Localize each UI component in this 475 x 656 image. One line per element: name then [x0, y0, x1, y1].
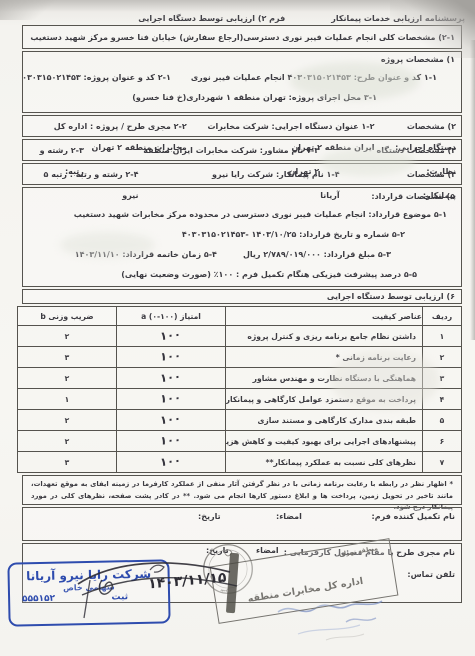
handwritten-score: ۱۰۰: [160, 329, 182, 343]
weight-cell: ۲: [18, 326, 117, 347]
evaluation-title-section: ۶) ارزیابی توسط دستگاه اجرایی: [22, 289, 462, 304]
scan-edge-right: [470, 40, 475, 340]
row-number-cell: ۲: [423, 347, 462, 368]
col-header-weight: ضریب وزنی b: [18, 307, 117, 326]
contractor-grade: ۲-۴ رشته و رتبه : رتبه ۵ نیرو: [28, 164, 138, 206]
row-number-cell: ۶: [423, 431, 462, 452]
scan-corner-top-right: [390, 0, 475, 58]
executor-signature-label: امضاء: [256, 546, 279, 555]
project-code: ۲-۱ کد و عنوان پروژه: ۴۰۳۰۳۱۵۰۲۱۴۵۳: [23, 68, 171, 88]
score-cell: ۱۰۰: [117, 368, 226, 389]
evaluation-table: ردیف عناصر کیفیت امتیاز a (۰-۱۰۰) ضریب و…: [17, 306, 462, 473]
col-header-score: امتیاز a (۰-۱۰۰): [117, 307, 226, 326]
quality-cell: داشتن نظام جامع برنامه ریزی و کنترل پروژ…: [226, 326, 423, 347]
weight-cell: ۲: [18, 431, 117, 452]
score-cell: ۱۰۰: [117, 431, 226, 452]
score-cell: ۱۰۰: [117, 410, 226, 431]
score-cell: ۱۰۰: [117, 452, 226, 473]
form-title: فرم ۲) ارزیابی توسط دستگاه اجرایی: [138, 14, 285, 23]
evaluation-title: ۶) ارزیابی توسط دستگاه اجرایی: [23, 290, 461, 304]
quality-cell: رعایت برنامه زمانی *: [226, 347, 423, 368]
contract-amount-line: ۵-۳ مبلغ قرارداد: ۲/۷۸۹/۰۱۹/۰۰۰ ریال ۵-۴…: [23, 245, 461, 265]
form-completer-row: نام تکمیل کننده فرم: امضاء: تاریخ:: [22, 507, 462, 541]
company-stamp-reg-number: ۵۵۵۱۵۲: [22, 594, 55, 605]
project-specs-section: ۱) مشخصات پروژه ۱-۱ کد و عنوان طرح: ۴۰۳۰…: [22, 51, 462, 113]
footnote-section: * اظهار نظر در رابطه با رعایت برنامه زما…: [22, 475, 462, 505]
table-row: ۵ طبقه بندی مدارک کارگاهی و مستند سازی ۱…: [18, 410, 462, 431]
handwritten-score: ۱۰۰: [160, 350, 182, 363]
table-row: ۳ هماهنگی با دستگاه نظارت و مهندس مشاور …: [18, 368, 462, 389]
table-row: ۱ داشتن نظام جامع برنامه ریزی و کنترل پر…: [18, 326, 462, 347]
stamp-region-label: منطقه تهران: [339, 545, 379, 558]
handwritten-score: ۱۰۰: [160, 455, 182, 469]
contract-end-date: ۵-۴ زمان خاتمه قرارداد: ۱۴۰۳/۱۱/۱۰: [75, 245, 217, 265]
quality-cell: هماهنگی با دستگاه نظارت و مهندس مشاور: [226, 368, 423, 389]
row-number-cell: ۱: [423, 326, 462, 347]
table-row: ۴ پرداخت به موقع دستمزد عوامل کارگاهی و …: [18, 389, 462, 410]
signature-scribble: [72, 550, 252, 620]
weight-cell: ۲: [18, 368, 117, 389]
quality-cell: پرداخت به موقع دستمزد عوامل کارگاهی و پی…: [226, 389, 423, 410]
row-number-cell: ۳: [423, 368, 462, 389]
project-location-line: ۳-۱ محل اجرای پروژه: تهران منطقه ۱ شهردا…: [23, 88, 461, 108]
handwritten-score: ۱۰۰: [160, 392, 182, 405]
score-cell: ۱۰۰: [117, 389, 226, 410]
table-row: ۶ پیشنهادهای اجرایی برای بهبود کیفیت و ک…: [18, 431, 462, 452]
executive-agency-section: ۲) مشخصات دستگاه اجرایی: ۱-۲ عنوان دستگا…: [22, 115, 462, 137]
quality-cell: نظرهای کلی نسبت به عملکرد پیمانکار**: [226, 452, 423, 473]
completer-name-label: نام تکمیل کننده فرم:: [372, 512, 455, 521]
contractor-section: ۴) مشخصات پیمانکار: ۱-۴ نام پیمانکار: شر…: [22, 163, 462, 185]
col-header-quality: عناصر کیفیت: [226, 307, 423, 326]
contract-progress: ۵-۵ درصد پیشرفت فیزیکی هنگام تکمیل فرم :…: [23, 265, 461, 285]
table-header-row: ردیف عناصر کیفیت امتیاز a (۰-۱۰۰) ضریب و…: [18, 307, 462, 326]
row-number-cell: ۴: [423, 389, 462, 410]
scanned-form-page: پرسشنامه ارزیابی خدمات پیمانکار فرم ۲) ا…: [0, 0, 475, 656]
scan-corner-top-left: [0, 0, 60, 20]
row-number-cell: ۵: [423, 410, 462, 431]
completer-signature-label: امضاء:: [276, 512, 302, 521]
quality-cell: طبقه بندی مدارک کارگاهی و مستند سازی: [226, 410, 423, 431]
plan-code: ۱-۱ کد و عنوان طرح: ۴۰۳۰۳۱۵۰۲۱۴۵۳ انجام …: [191, 68, 437, 88]
weight-cell: ۳: [18, 452, 117, 473]
project-codes-line: ۱-۱ کد و عنوان طرح: ۴۰۳۰۳۱۵۰۲۱۴۵۳ انجام …: [23, 68, 461, 88]
handwritten-score: ۱۰۰: [160, 413, 182, 427]
contract-amount: ۵-۳ مبلغ قرارداد: ۲/۷۸۹/۰۱۹/۰۰۰ ریال: [243, 245, 391, 265]
weight-cell: ۱: [18, 389, 117, 410]
weight-cell: ۲: [18, 410, 117, 431]
contractor-name: ۱-۴ نام پیمانکار: شرکت رایا نیرو آریانا: [194, 164, 339, 206]
col-header-row-number: ردیف: [423, 307, 462, 326]
contract-subject: ۵-۱ موضوع قرارداد: انجام عملیات فیبر نور…: [23, 205, 461, 225]
contract-number-date: ۵-۲ شماره و تاریخ قرارداد: ۱۴۰۳/۱۰/۲۵ -۴…: [23, 225, 461, 245]
score-cell: ۱۰۰: [117, 347, 226, 368]
handwritten-score: ۱۰۰: [160, 434, 182, 447]
completer-date-label: تاریخ:: [198, 512, 221, 521]
score-cell: ۱۰۰: [117, 326, 226, 347]
table-row: ۲ رعایت برنامه زمانی * ۱۰۰ ۳: [18, 347, 462, 368]
weight-cell: ۳: [18, 347, 117, 368]
phone-label: تلفن تماس:: [407, 570, 455, 579]
quality-cell: پیشنهادهای اجرایی برای بهبود کیفیت و کاه…: [226, 431, 423, 452]
row-number-cell: ۷: [423, 452, 462, 473]
handwritten-score: ۱۰۰: [160, 371, 182, 385]
table-row: ۷ نظرهای کلی نسبت به عملکرد پیمانکار** ۱…: [18, 452, 462, 473]
